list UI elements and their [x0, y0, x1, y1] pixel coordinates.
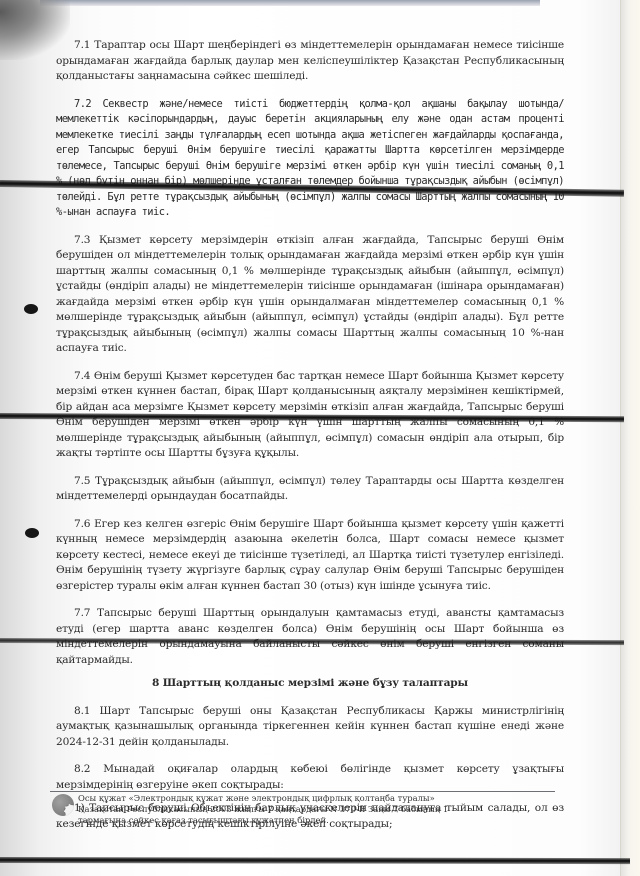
footer-divider [50, 791, 555, 792]
paragraph-8-2: 8.2 Мынадай оқиғалар олардың көбеюі бөлі… [56, 762, 564, 793]
page-edge [620, 0, 640, 876]
footer-legal-note: Осы құжат «Электрондық құжат және электр… [78, 793, 478, 826]
punch-hole-mark [24, 304, 38, 314]
paragraph-7-5: 7.5 Тұрақсыздық айыбын (айыппұл, өсімпұл… [56, 474, 564, 505]
paragraph-7-6: 7.6 Егер кез келген өзгеріс Өнім берушіг… [56, 517, 564, 595]
egov-logo-icon [52, 794, 74, 816]
document-body: 7.1 Тараптар осы Шарт шеңберіндегі өз мі… [56, 38, 564, 844]
paragraph-7-7: 7.7 Тапсырыс беруші Шарттың орындалуын қ… [56, 606, 564, 668]
scan-artifact-line [0, 857, 630, 864]
paragraph-7-2: 7.2 Секвестр және/немесе тиісті бюджетте… [56, 97, 564, 221]
scan-top-strip [40, 0, 540, 6]
paragraph-7-3: 7.3 Қызмет көрсету мерзімдерін өткізіп а… [56, 233, 564, 357]
punch-hole-mark [25, 528, 39, 538]
paragraph-8-1: 8.1 Шарт Тапсырыс беруші оны Қазақстан Р… [56, 704, 564, 751]
section-heading-8: 8 Шарттың қолданыс мерзімі және бұзу тал… [56, 676, 564, 692]
paragraph-7-1: 7.1 Тараптар осы Шарт шеңберіндегі өз мі… [56, 38, 564, 85]
